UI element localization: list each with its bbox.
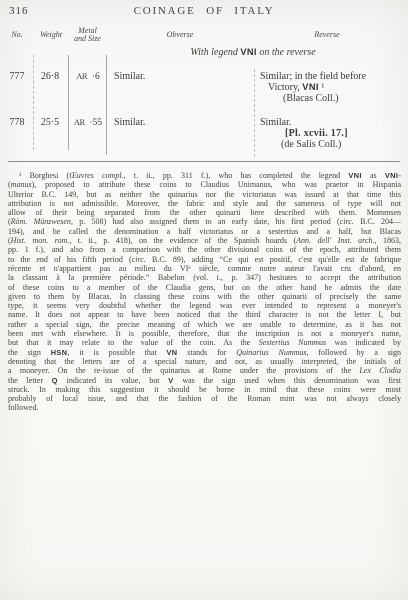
metal-abbreviation: AR (74, 117, 85, 127)
column-rule-4 (254, 69, 256, 157)
column-header-metal-line2: and Size (69, 35, 106, 43)
footnote-line: ¹ Borghesi (Œuvres compl., t. ii., pp. 3… (8, 171, 401, 180)
section-heading: With legend VNI on the reverse (106, 47, 400, 58)
page-title: COINAGE OF ITALY (8, 5, 400, 17)
footnote-line: rather a special sign, the precise meani… (8, 320, 401, 329)
row-777-reverse-line3: (Blacas Coll.) (260, 93, 408, 104)
footnote-line: followed. (8, 403, 401, 412)
row-777-metal-size: AR ·6 (70, 71, 106, 83)
footnote-line: récente et n'appartient pas au milieu du… (8, 264, 401, 273)
row-777-no: 777 (2, 71, 32, 82)
row-778-weight: 25·5 (34, 117, 66, 128)
footnote-line: probably of local issue, and that the fa… (8, 394, 401, 403)
coin-size: ·55 (89, 118, 102, 128)
footnote-line: the letter Q indicated its value, but V … (8, 376, 401, 385)
row-778-reverse-plate-ref: [Pl. xcvii. 17.] (260, 128, 408, 139)
coin-size: ·6 (92, 72, 100, 82)
row-778-no: 778 (2, 117, 32, 128)
metal-abbreviation: AR (76, 71, 87, 81)
footnote: ¹ Borghesi (Œuvres compl., t. ii., pp. 3… (8, 171, 401, 413)
column-rule-3 (106, 55, 107, 155)
footnote-line: given to them by Blacas. In classing the… (8, 292, 401, 301)
book-page: 316 COINAGE OF ITALY No. Weight Metal an… (0, 0, 408, 600)
row-778-obverse: Similar. (114, 117, 249, 128)
column-header-weight: Weight (34, 31, 68, 39)
column-header-reverse: Reverse (254, 31, 400, 39)
footnote-line: attribution is not admissible. Moreover,… (8, 199, 401, 208)
footnote-line: type, it seems very doubtful whether the… (8, 301, 401, 310)
footnote-line: a moneyer. On the re-issue of the quinar… (8, 366, 401, 375)
footnote-line: struck. In making this suggestion it sho… (8, 385, 401, 394)
row-777-weight: 26·8 (34, 71, 66, 82)
column-rule-2 (68, 55, 69, 150)
footnote-separator-rule (8, 161, 400, 162)
column-rule-1 (33, 55, 35, 150)
row-777-obverse: Similar. (114, 71, 249, 82)
footnote-line: of these coins to a member of the Claudi… (8, 283, 401, 292)
column-header-obverse: Obverse (106, 31, 254, 39)
footnote-line: Ulterior B.C. 149, but as neither the qu… (8, 190, 401, 199)
footnote-line: been met with elsewhere. It is possible,… (8, 329, 401, 338)
row-778-reverse-line1: Similar. (260, 117, 402, 128)
row-777-reverse-line1: Similar; in the field before (260, 71, 402, 82)
footnote-line: pp. 1 f.), and also from a comparison wi… (8, 245, 401, 254)
footnote-line: (Röm. Münzwesen, p. 508) had also assign… (8, 217, 401, 226)
row-778-metal-size: AR ·55 (70, 117, 106, 129)
column-header-metal-size: Metal and Size (69, 27, 106, 43)
footnote-line: allow of their being separated from the … (8, 208, 401, 217)
row-777-reverse-line2: Victory, VNI ¹ (260, 82, 408, 93)
row-778-reverse-line3: (de Salis Coll.) (260, 139, 408, 150)
column-header-no: No. (2, 31, 32, 39)
footnote-line: but that it may relate to the value of t… (8, 338, 401, 347)
footnote-line: la classant à la première période.” Babe… (8, 273, 401, 282)
footnote-line: 194), and he called the denomination a h… (8, 227, 401, 236)
footnote-line: to the end of his fifth period (circ. B.… (8, 255, 401, 264)
footnote-line: (Hist. mon. rom., t. ii., p. 418), on th… (8, 236, 401, 245)
footnote-line: name. It does not appear to have been no… (8, 310, 401, 319)
footnote-line: denoting that the letters are of a speci… (8, 357, 401, 366)
footnote-line: the sign HSN, it is possible that VN sta… (8, 348, 401, 357)
footnote-line: (manus), proposed to attribute these coi… (8, 180, 401, 189)
